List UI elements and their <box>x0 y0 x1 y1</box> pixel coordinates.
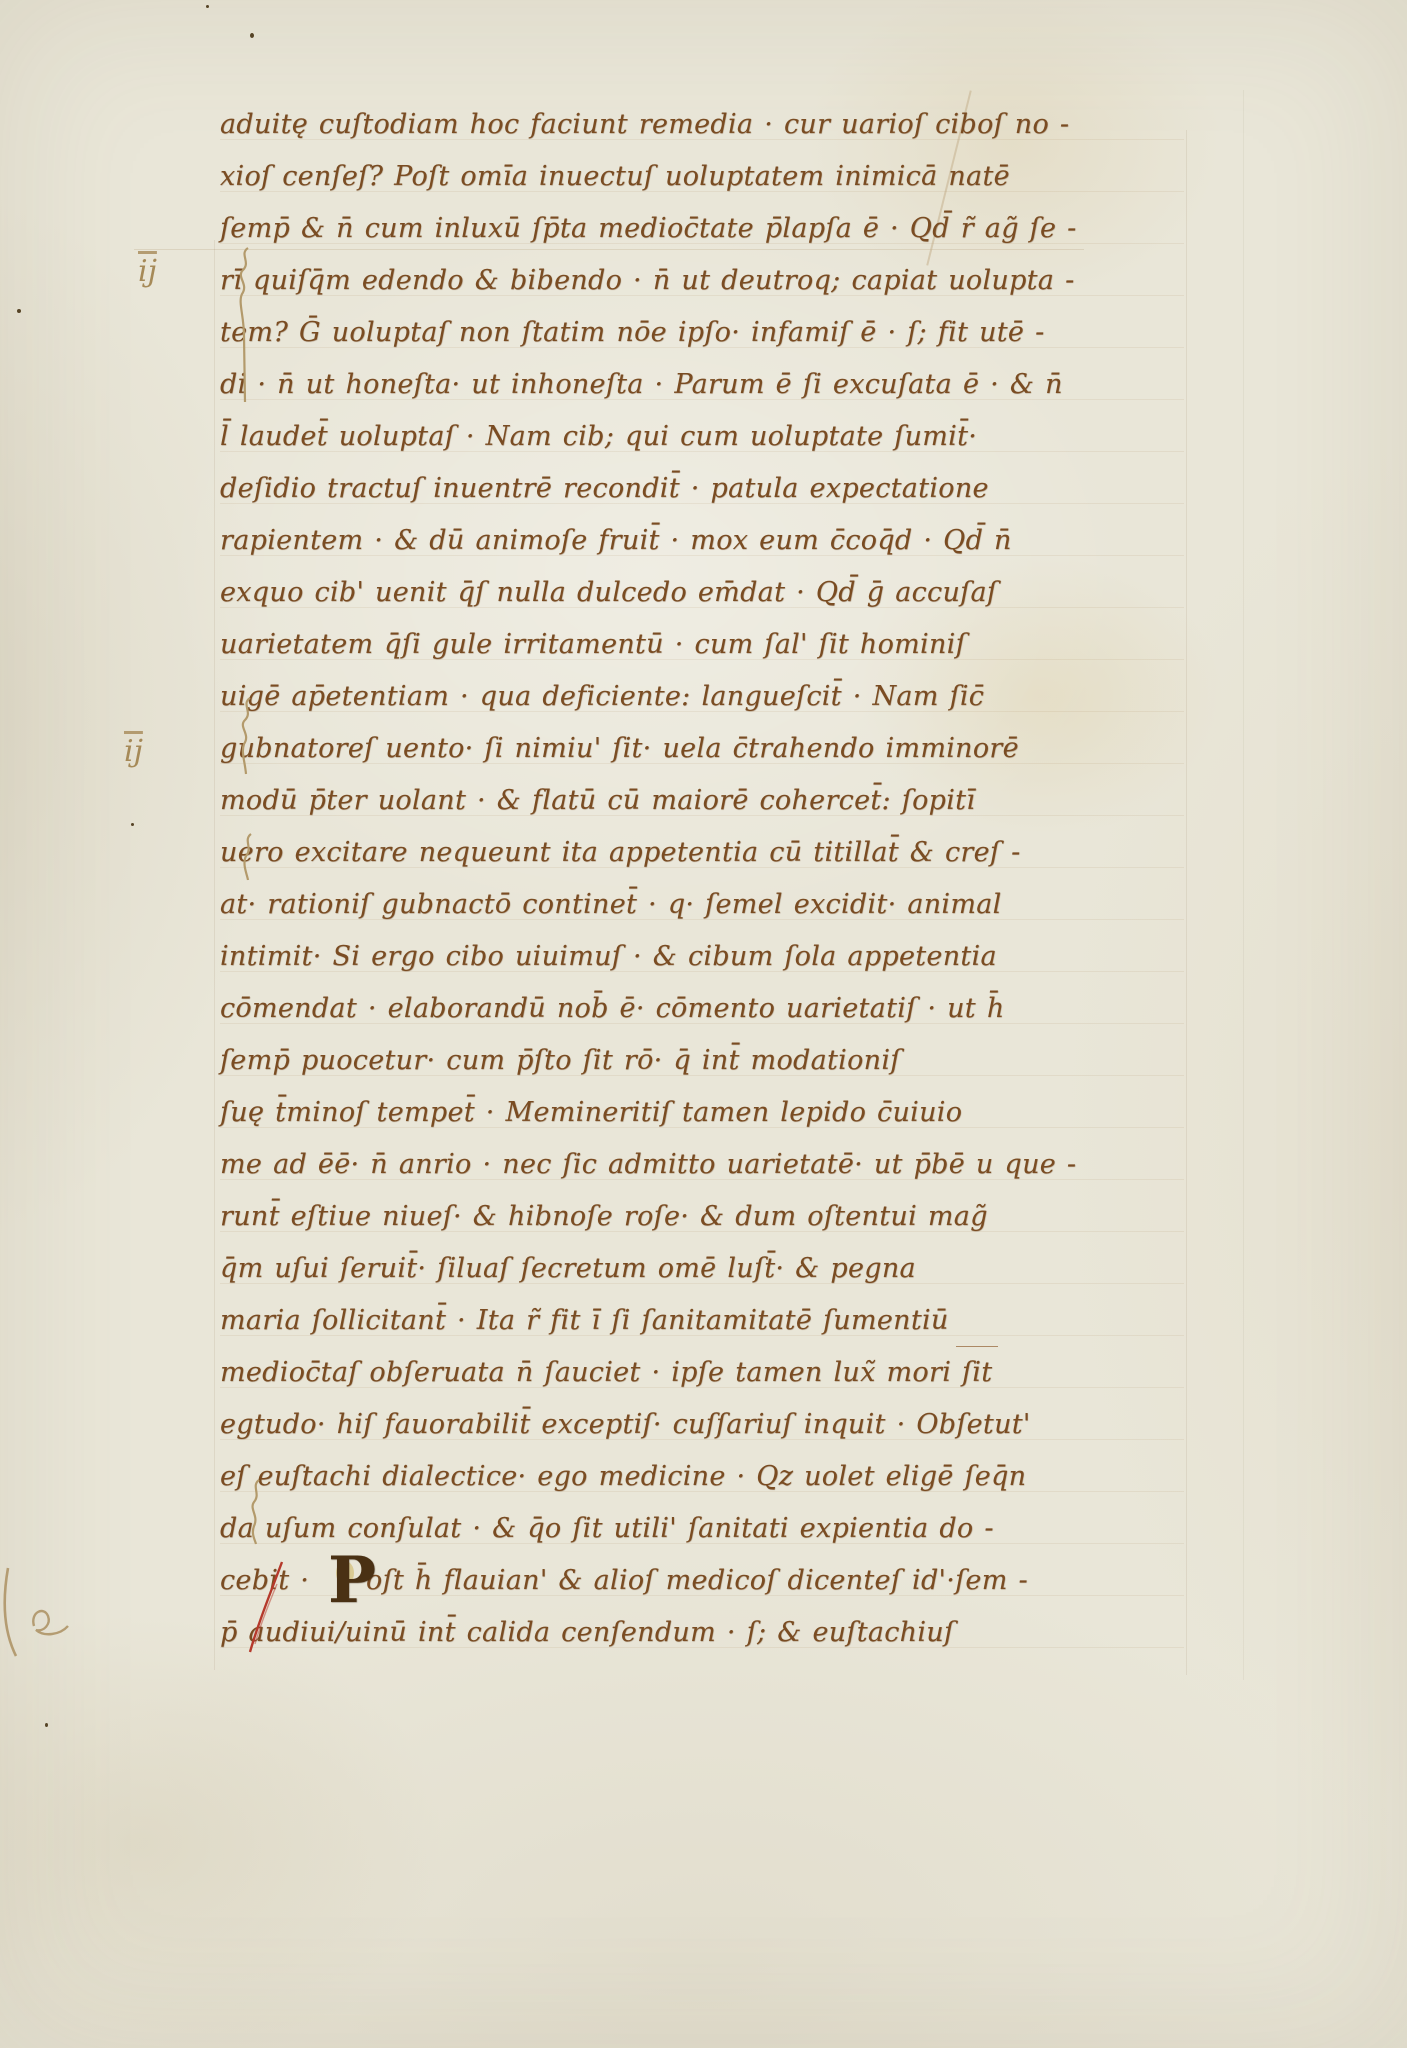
text-line: ſuę t̄minoſ tempet̄ · Memineritiſ tamen … <box>220 1087 1184 1139</box>
parchment-crease <box>1243 90 1244 1680</box>
rubric-stroke <box>244 1558 288 1658</box>
quire-mark: ij <box>138 254 157 289</box>
text-line: deſidio tractuſ inuentrē recondit̄ · pat… <box>220 463 1184 515</box>
text-line: uarietatem q̄ſi gule irritamentū · cum ſ… <box>220 619 1184 671</box>
text-line: me ad ēē· n̄ anrio · nec ſic admitto uar… <box>220 1139 1184 1191</box>
text-line-with-initial: cebit · Poſt h̄ flauian' & alioſ medicoſ… <box>220 1555 1184 1607</box>
text-line: exquo cib' uenit q̄ſ nulla dulcedo em̄da… <box>220 567 1184 619</box>
text-line: intimit· Si ergo cibo uiuimuſ · & cibum … <box>220 931 1184 983</box>
text-block: aduitę cuſtodiam hoc faciunt remedia · c… <box>220 99 1184 1665</box>
margin-squiggle <box>236 246 254 406</box>
text-line: maria ſollicitant̄ · Ita r̃ fit ī ſi ſan… <box>220 1295 1184 1347</box>
text-line: l̄ laudet̄ uoluptaſ · Nam cib; qui cum u… <box>220 411 1184 463</box>
text-line: q̄m uſui ſeruit̄· ſiluaſ ſecretum omē lu… <box>220 1243 1184 1295</box>
ink-speck <box>131 823 134 826</box>
text-line: rī quiſq̄m edendo & bibendo · n̄ ut deut… <box>220 255 1184 307</box>
manuscript-page: aduitę cuſtodiam hoc faciunt remedia · c… <box>0 0 1407 2048</box>
text-line: tem? Ḡ uoluptaſ non ſtatim nōe ipſo· inf… <box>220 307 1184 359</box>
text-line: xioſ cenſeſ? Poſt omīa inuectuſ uoluptat… <box>220 151 1184 203</box>
text-line: aduitę cuſtodiam hoc faciunt remedia · c… <box>220 99 1184 151</box>
text-line: gubnatoreſ uento· ſi nimiu' ſit· uela c̄… <box>220 723 1184 775</box>
text-line: egtudo· hiſ fauorabilit̄ exceptiſ· cuſſa… <box>220 1399 1184 1451</box>
text-line: rapientem · & dū animoſe fruit̄ · mox eu… <box>220 515 1184 567</box>
quire-mark: ij <box>124 734 143 769</box>
text-line: runt̄ eſtiue niueſ· & hibnoſe roſe· & du… <box>220 1191 1184 1243</box>
text-line: modū p̄ter uolant · & flatū cū maiorē co… <box>220 775 1184 827</box>
right-ruling-line <box>1186 130 1187 1675</box>
text-line: uigē ap̄etentiam · qua deficiente: langu… <box>220 671 1184 723</box>
left-ruling-line <box>214 240 215 1670</box>
initial-capital-P: P <box>328 1549 376 1613</box>
margin-squiggle <box>238 696 256 776</box>
text-line-rest: oſt h̄ flauian' & alioſ medicoſ dicenteſ… <box>366 1565 1028 1596</box>
text-line: at· rationiſ gubnactō continet̄ · q· ſem… <box>220 879 1184 931</box>
text-line: ſemp̄ puocetur· cum p̄ſto ſit rō· q̄ int… <box>220 1035 1184 1087</box>
expunction-underline <box>956 1346 998 1347</box>
initial-capital-holder: P <box>320 1555 366 1607</box>
text-line: eſ euſtachi dialectice· ego medicine · Q… <box>220 1451 1184 1503</box>
margin-squiggle <box>240 832 256 882</box>
text-line: ſemp̄ & n̄ cum inluxū ſp̄ta medioc̄tate … <box>220 203 1184 255</box>
margin-flourish <box>0 1560 84 1670</box>
ink-speck <box>17 309 21 313</box>
margin-squiggle <box>248 1478 264 1546</box>
text-line: cōmendat · elaborandū nob̄ ē· cōmento ua… <box>220 983 1184 1035</box>
ink-speck <box>45 1723 48 1727</box>
text-line: di · n̄ ut honeſta· ut inhoneſta · Parum… <box>220 359 1184 411</box>
text-line: uero excitare nequeunt ita appetentia cū… <box>220 827 1184 879</box>
ink-speck <box>250 33 254 38</box>
ink-speck <box>206 5 209 8</box>
text-line: medioc̄taſ obſeruata n̄ ſauciet · ipſe t… <box>220 1347 1184 1399</box>
